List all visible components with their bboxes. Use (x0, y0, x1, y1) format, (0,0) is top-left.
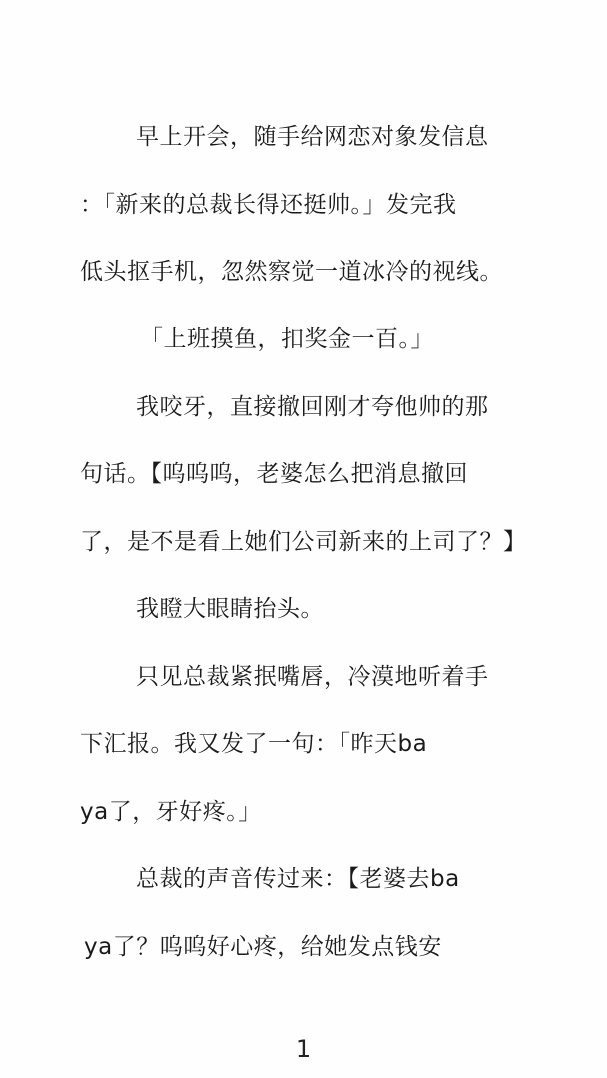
text-line: 只见总裁紧抿嘴唇，冷漠地听着手 (136, 662, 489, 692)
text-line: ya了，牙好疼。」 (80, 797, 262, 827)
text-line: 「上班摸鱼，扣奖金一百。」 (140, 324, 434, 354)
text-line: 早上开会，随手给网恋对象发信息 (136, 122, 489, 152)
text-line: 了，是不是看上她们公司新来的上司了？】 (80, 527, 527, 557)
text-line: 总裁的声音传过来：【老婆去ba (136, 864, 460, 894)
text-line: ：「新来的总裁长得还挺帅。」发完我 (80, 190, 457, 220)
text-line: 我咬牙，直接撤回刚才夸他帅的那 (136, 392, 489, 422)
text-line: 句话。【呜呜呜，老婆怎么把消息撤回 (80, 459, 468, 489)
text-line: ya了？呜呜好心疼，给她发点钱安 (84, 932, 442, 962)
text-line: 我瞪大眼睛抬头。 (136, 594, 324, 624)
text-line: 下汇报。我又发了一句：「昨天ba (80, 729, 427, 759)
page-number: 1 (0, 1034, 607, 1064)
text-line: 低头抠手机，忽然察觉一道冰冷的视线。 (80, 257, 503, 287)
